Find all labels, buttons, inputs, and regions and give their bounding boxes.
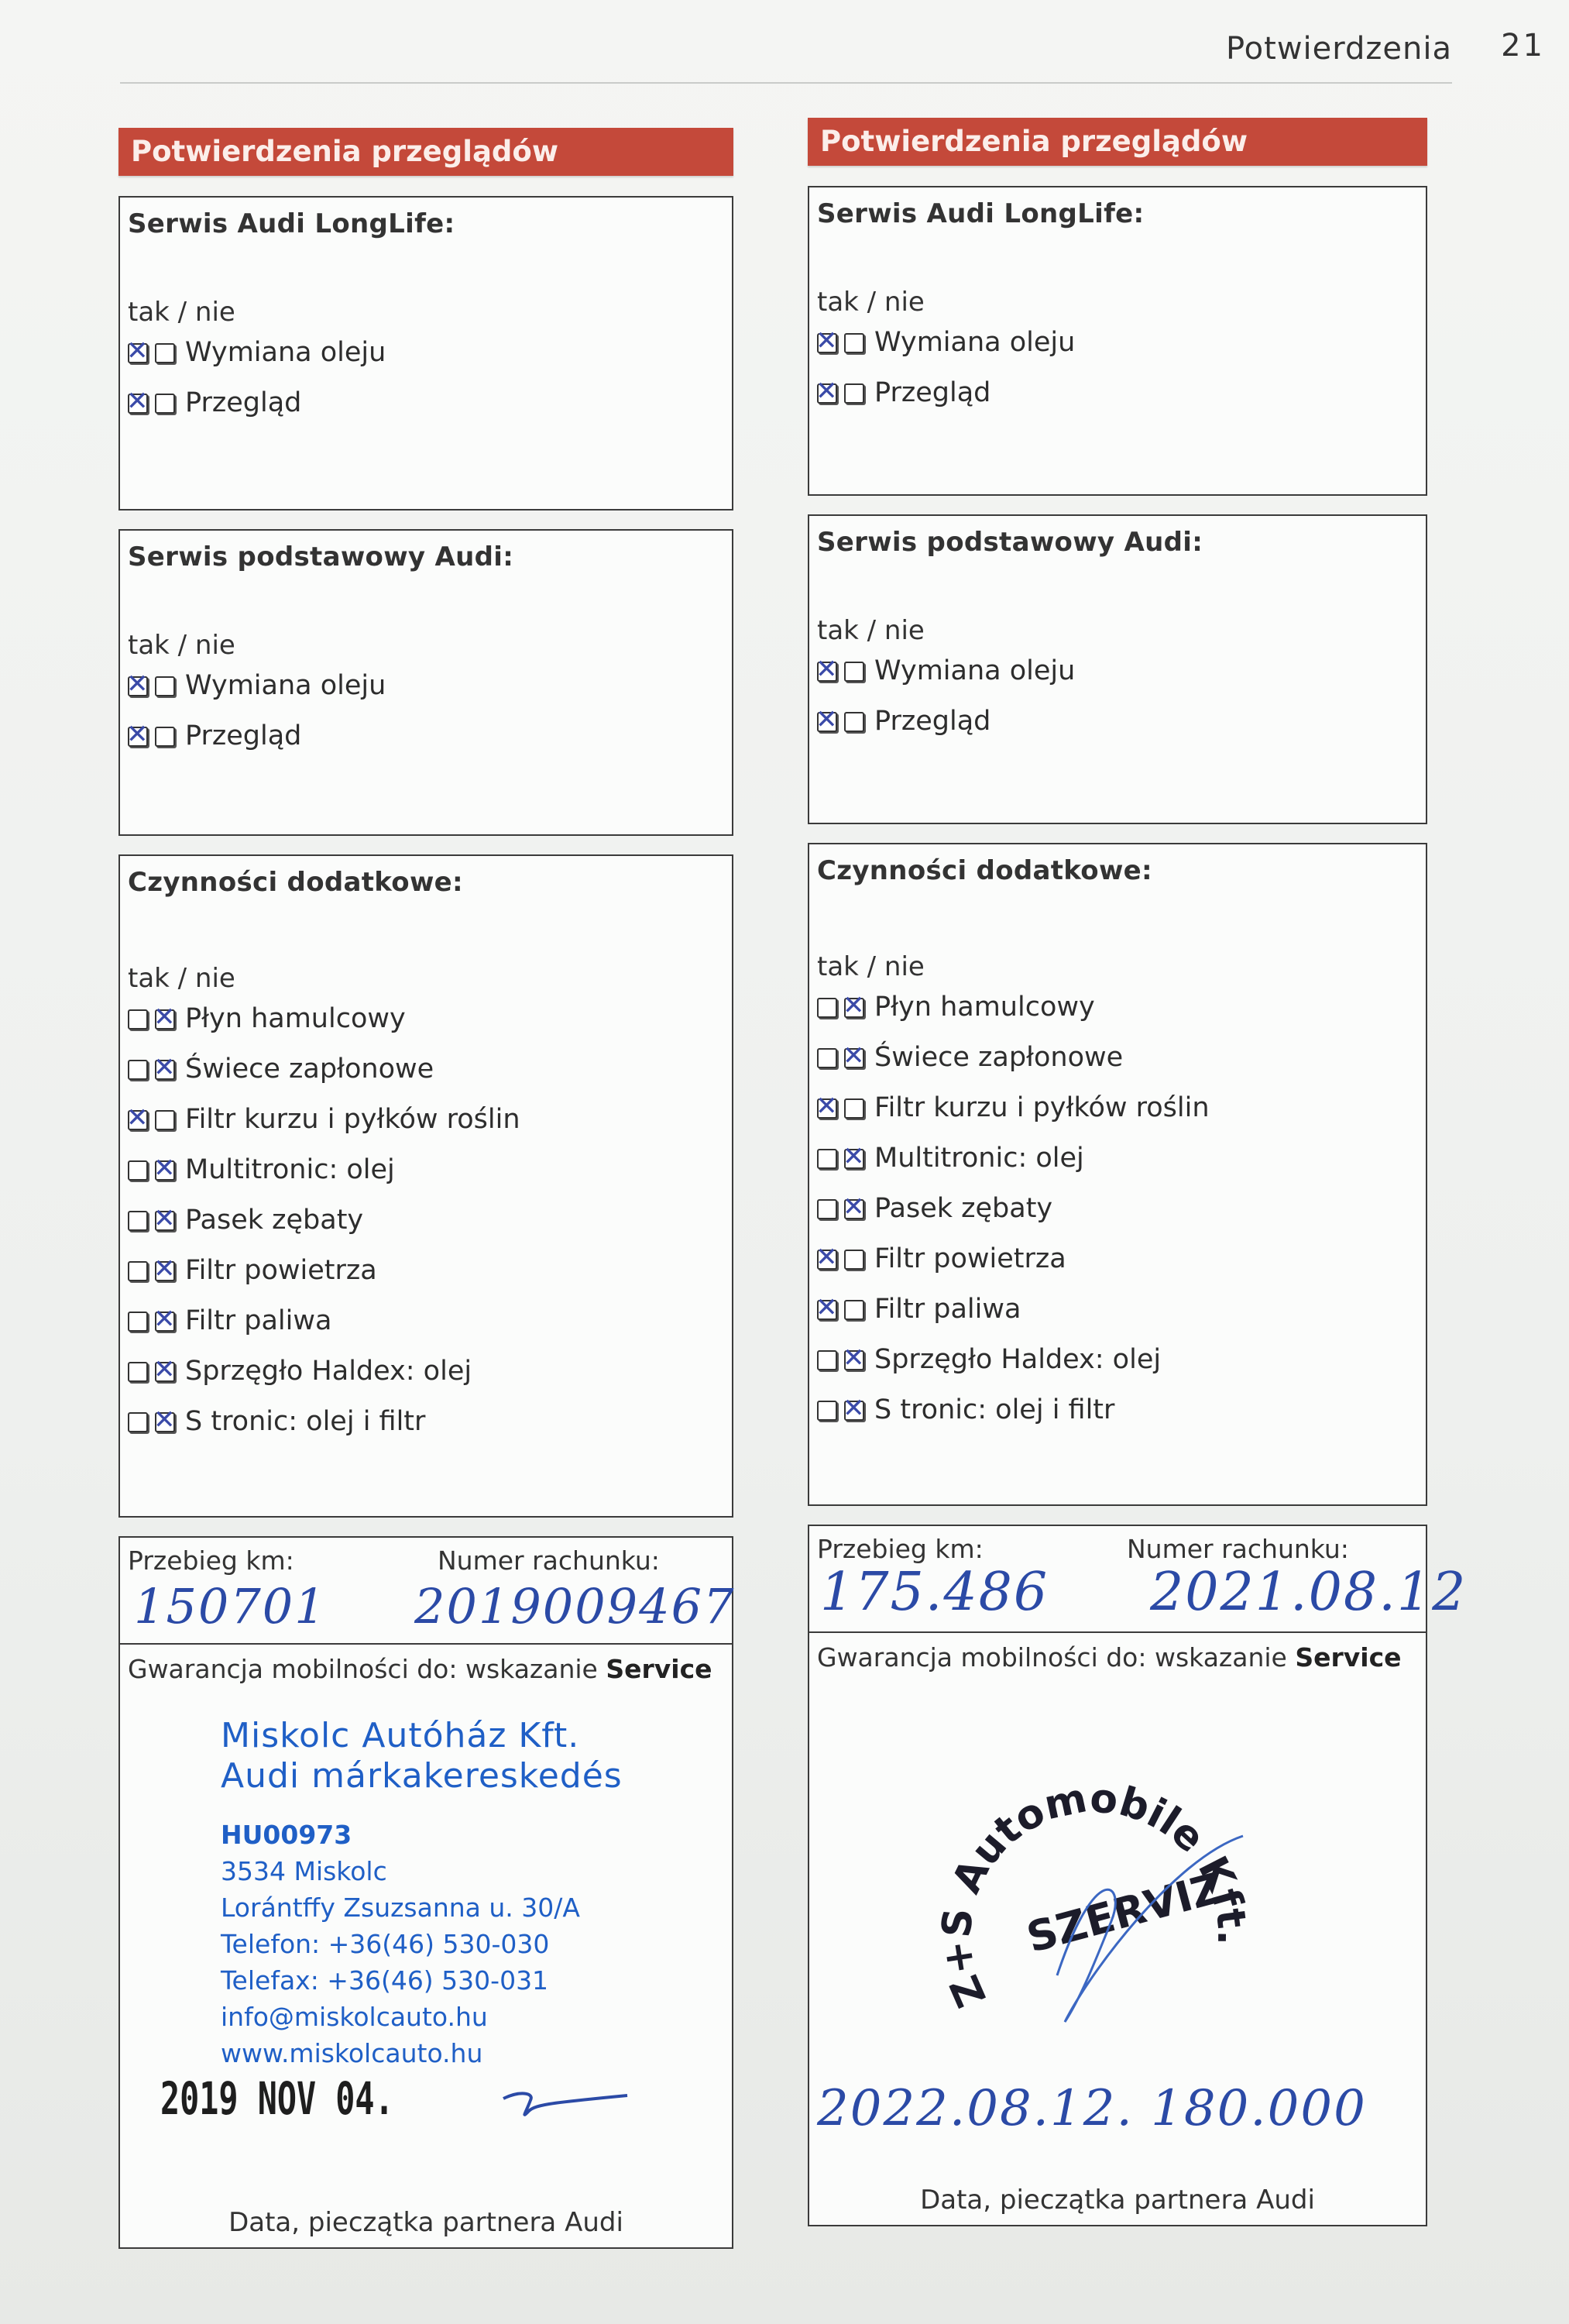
checklist-label: Świece zapłonowe (874, 1033, 1123, 1083)
checklist-item: Pasek zębaty (128, 1195, 724, 1246)
checklist-item: Świece zapłonowe (817, 1033, 1418, 1083)
checklist-item: Sprzęgło Haldex: olej (128, 1346, 724, 1397)
no-checkbox[interactable] (155, 1060, 175, 1080)
checklist-label: Multitronic: olej (185, 1145, 395, 1195)
checklist-label: Przegląd (185, 711, 301, 761)
mobility-guarantee: Gwarancja mobilności do: wskazanie Servi… (809, 1633, 1426, 1682)
checklist-label: Świece zapłonowe (185, 1044, 434, 1095)
checklist-label: Filtr powietrza (874, 1234, 1066, 1284)
yes-checkbox[interactable] (817, 1350, 837, 1370)
yes-no-label: tak / nie (817, 615, 1418, 646)
no-checkbox[interactable] (844, 662, 864, 682)
checklist-label: Multitronic: olej (874, 1133, 1084, 1184)
checklist-label: S tronic: olej i filtr (874, 1385, 1114, 1435)
mileage-value[interactable]: 175.486 (820, 1562, 1049, 1623)
checklist-item: Wymiana oleju (817, 318, 1418, 368)
yes-checkbox[interactable] (128, 343, 148, 363)
yes-checkbox[interactable] (817, 1149, 837, 1169)
checklist-label: Filtr paliwa (874, 1284, 1021, 1335)
address-line: info@miskolcauto.hu (221, 1999, 623, 2035)
basic-service-box: Serwis podstawowy Audi: tak / nie Wymian… (118, 529, 733, 836)
checklist-label: Pasek zębaty (874, 1184, 1052, 1234)
checklist: Płyn hamulcowyŚwiece zapłonoweFiltr kurz… (817, 982, 1418, 1435)
yes-checkbox[interactable] (128, 1412, 148, 1432)
no-checkbox[interactable] (844, 1401, 864, 1421)
mobility-text: Gwarancja mobilności do: wskazanie (128, 1654, 598, 1684)
no-checkbox[interactable] (155, 343, 175, 363)
mileage-stamp-box: Przebieg km: Numer rachunku: 150701 2019… (118, 1536, 733, 2249)
yes-checkbox[interactable] (817, 1401, 837, 1421)
no-checkbox[interactable] (844, 712, 864, 732)
yes-checkbox[interactable] (817, 1300, 837, 1320)
mobility-guarantee: Gwarancja mobilności do: wskazanie Servi… (120, 1645, 732, 1693)
checklist-label: Wymiana oleju (874, 318, 1075, 368)
invoice-value[interactable]: 2019009467 (414, 1578, 735, 1635)
section-title: Potwierdzenia (1226, 31, 1452, 67)
no-checkbox[interactable] (155, 1362, 175, 1382)
stamp-caption: Data, pieczątka partnera Audi (120, 2207, 732, 2238)
yes-checkbox[interactable] (817, 1199, 837, 1219)
mileage-label: Przebieg km: (128, 1545, 438, 1576)
box-title: Serwis Audi LongLife: (128, 208, 724, 239)
handwritten-date-mileage: 2022.08.12. 180.000 (817, 2080, 1367, 2137)
yes-checkbox[interactable] (817, 662, 837, 682)
checklist: Wymiana olejuPrzegląd (817, 318, 1418, 418)
checklist-item: Filtr paliwa (128, 1296, 724, 1346)
confirmation-column-2: Potwierdzenia przeglądów Serwis Audi Lon… (808, 118, 1427, 2245)
checklist-item: Przegląd (128, 711, 724, 761)
checklist-label: Przegląd (874, 696, 990, 747)
checklist-item: Multitronic: olej (128, 1145, 724, 1195)
yes-checkbox[interactable] (128, 1009, 148, 1030)
yes-checkbox[interactable] (817, 1250, 837, 1270)
stamp-center-text: SZERVIZ (1021, 1863, 1227, 1962)
box-title: Czynności dodatkowe: (128, 867, 724, 898)
yes-checkbox[interactable] (817, 333, 837, 353)
no-checkbox[interactable] (844, 998, 864, 1018)
checklist-label: Filtr powietrza (185, 1246, 377, 1296)
no-checkbox[interactable] (844, 1250, 864, 1270)
address-line: Telefon: +36(46) 530-030 (221, 1926, 623, 1962)
no-checkbox[interactable] (155, 1261, 175, 1281)
checklist-item: Wymiana oleju (128, 328, 724, 378)
no-checkbox[interactable] (155, 1211, 175, 1231)
checklist-item: Filtr powietrza (128, 1246, 724, 1296)
yes-checkbox[interactable] (128, 1362, 148, 1382)
yes-checkbox[interactable] (817, 998, 837, 1018)
basic-service-box: Serwis podstawowy Audi: tak / nie Wymian… (808, 514, 1427, 824)
checklist-item: Płyn hamulcowy (128, 994, 724, 1044)
box-title: Czynności dodatkowe: (817, 855, 1418, 886)
address-line: HU00973 (221, 1817, 623, 1853)
page-number: 21 (1501, 28, 1545, 64)
round-service-stamp: Z+S Automobile Kft. SZERVIZ (941, 1743, 1266, 2068)
checklist-label: Sprzęgło Haldex: olej (874, 1335, 1161, 1385)
no-checkbox[interactable] (155, 1412, 175, 1432)
invoice-value[interactable]: 2021.08.12 (1150, 1562, 1467, 1623)
yes-checkbox[interactable] (128, 1110, 148, 1130)
no-checkbox[interactable] (844, 333, 864, 353)
checklist-item: Pasek zębaty (817, 1184, 1418, 1234)
no-checkbox[interactable] (844, 383, 864, 404)
mileage-label: Przebieg km: (817, 1534, 1127, 1564)
checklist-label: Pasek zębaty (185, 1195, 363, 1246)
checklist-item: Sprzęgło Haldex: olej (817, 1335, 1418, 1385)
yes-checkbox[interactable] (817, 383, 837, 404)
mileage-invoice-row: Przebieg km: Numer rachunku: 150701 2019… (120, 1538, 732, 1645)
dealer-name: Miskolc Autóház Kft. (221, 1716, 623, 1756)
additional-tasks-box: Czynności dodatkowe: tak / nie Płyn hamu… (118, 854, 733, 1518)
checklist-label: Filtr kurzu i pyłków roślin (874, 1083, 1210, 1133)
no-checkbox[interactable] (155, 727, 175, 747)
checklist-label: Płyn hamulcowy (874, 982, 1095, 1033)
checklist-item: Filtr kurzu i pyłków roślin (128, 1095, 724, 1145)
box-title: Serwis podstawowy Audi: (817, 527, 1418, 558)
checklist-item: Świece zapłonowe (128, 1044, 724, 1095)
checklist-item: Płyn hamulcowy (817, 982, 1418, 1033)
checklist: Wymiana olejuPrzegląd (817, 646, 1418, 747)
no-checkbox[interactable] (155, 1009, 175, 1030)
checklist-item: Wymiana oleju (128, 661, 724, 711)
checklist-item: Filtr paliwa (817, 1284, 1418, 1335)
yes-no-label: tak / nie (128, 630, 724, 661)
no-checkbox[interactable] (155, 676, 175, 696)
no-checkbox[interactable] (844, 1350, 864, 1370)
checklist-label: S tronic: olej i filtr (185, 1397, 425, 1447)
mobility-service: Service (606, 1654, 712, 1684)
checklist: Płyn hamulcowyŚwiece zapłonoweFiltr kurz… (128, 994, 724, 1447)
yes-no-label: tak / nie (128, 297, 724, 328)
yes-checkbox[interactable] (817, 1048, 837, 1068)
mileage-value[interactable]: 150701 (134, 1578, 327, 1635)
checklist-item: Przegląd (128, 378, 724, 428)
yes-checkbox[interactable] (128, 676, 148, 696)
no-checkbox[interactable] (155, 394, 175, 414)
invoice-label: Numer rachunku: (438, 1545, 660, 1576)
checklist-item: Wymiana oleju (817, 646, 1418, 696)
no-checkbox[interactable] (844, 1300, 864, 1320)
yes-no-label: tak / nie (817, 287, 1418, 318)
checklist-label: Filtr paliwa (185, 1296, 331, 1346)
checklist-item: S tronic: olej i filtr (128, 1397, 724, 1447)
checklist-label: Sprzęgło Haldex: olej (185, 1346, 472, 1397)
mileage-stamp-box: Przebieg km: Numer rachunku: 175.486 202… (808, 1525, 1427, 2226)
additional-tasks-box: Czynności dodatkowe: tak / nie Płyn hamu… (808, 843, 1427, 1506)
address-line: 3534 Miskolc (221, 1853, 623, 1889)
checklist-label: Przegląd (874, 368, 990, 418)
no-checkbox[interactable] (844, 1149, 864, 1169)
no-checkbox[interactable] (844, 1098, 864, 1119)
dealer-stamp: Miskolc Autóház Kft. Audi márkakereskedé… (221, 1716, 623, 2071)
yes-checkbox[interactable] (128, 1160, 148, 1181)
signature-icon (500, 2089, 631, 2120)
no-checkbox[interactable] (844, 1199, 864, 1219)
longlife-service-box: Serwis Audi LongLife: tak / nie Wymiana … (118, 196, 733, 511)
checklist-item: S tronic: olej i filtr (817, 1385, 1418, 1435)
yes-no-label: tak / nie (128, 963, 724, 994)
checklist-label: Płyn hamulcowy (185, 994, 406, 1044)
no-checkbox[interactable] (155, 1160, 175, 1181)
stamp-caption: Data, pieczątka partnera Audi (809, 2185, 1426, 2216)
dealer-subtitle: Audi márkakereskedés (221, 1756, 623, 1796)
yes-checkbox[interactable] (817, 1098, 837, 1119)
mobility-service: Service (1295, 1642, 1401, 1673)
address-line: Telefax: +36(46) 530-031 (221, 1962, 623, 1999)
section-banner: Potwierdzenia przeglądów (808, 118, 1427, 166)
mobility-text: Gwarancja mobilności do: wskazanie (817, 1642, 1287, 1673)
mileage-invoice-row: Przebieg km: Numer rachunku: 175.486 202… (809, 1526, 1426, 1633)
checklist-item: Przegląd (817, 696, 1418, 747)
checklist-label: Wymiana oleju (874, 646, 1075, 696)
dealer-address: HU009733534 MiskolcLorántffy Zsuzsanna u… (221, 1817, 623, 2071)
yes-checkbox[interactable] (817, 712, 837, 732)
header-rule (120, 82, 1452, 84)
yes-checkbox[interactable] (128, 727, 148, 747)
checklist-item: Filtr kurzu i pyłków roślin (817, 1083, 1418, 1133)
no-checkbox[interactable] (155, 1110, 175, 1130)
yes-no-label: tak / nie (817, 951, 1418, 982)
running-head: Potwierdzenia 21 (120, 31, 1545, 85)
confirmation-column-1: Potwierdzenia przeglądów Serwis Audi Lon… (118, 128, 733, 2267)
address-line: Lorántffy Zsuzsanna u. 30/A (221, 1889, 623, 1926)
address-line: www.miskolcauto.hu (221, 2035, 623, 2071)
date-stamp: 2019 NOV 04. (160, 2072, 394, 2125)
section-banner: Potwierdzenia przeglądów (118, 128, 733, 176)
checklist-label: Przegląd (185, 378, 301, 428)
yes-checkbox[interactable] (128, 1261, 148, 1281)
checklist-item: Przegląd (817, 368, 1418, 418)
yes-checkbox[interactable] (128, 1312, 148, 1332)
yes-checkbox[interactable] (128, 394, 148, 414)
checklist: Wymiana olejuPrzegląd (128, 328, 724, 428)
checklist-item: Filtr powietrza (817, 1234, 1418, 1284)
no-checkbox[interactable] (844, 1048, 864, 1068)
yes-checkbox[interactable] (128, 1060, 148, 1080)
checklist-label: Filtr kurzu i pyłków roślin (185, 1095, 520, 1145)
yes-checkbox[interactable] (128, 1211, 148, 1231)
box-title: Serwis Audi LongLife: (817, 198, 1418, 229)
no-checkbox[interactable] (155, 1312, 175, 1332)
box-title: Serwis podstawowy Audi: (128, 541, 724, 572)
longlife-service-box: Serwis Audi LongLife: tak / nie Wymiana … (808, 186, 1427, 496)
checklist-label: Wymiana oleju (185, 328, 386, 378)
invoice-label: Numer rachunku: (1127, 1534, 1349, 1564)
checklist-label: Wymiana oleju (185, 661, 386, 711)
checklist: Wymiana olejuPrzegląd (128, 661, 724, 761)
checklist-item: Multitronic: olej (817, 1133, 1418, 1184)
